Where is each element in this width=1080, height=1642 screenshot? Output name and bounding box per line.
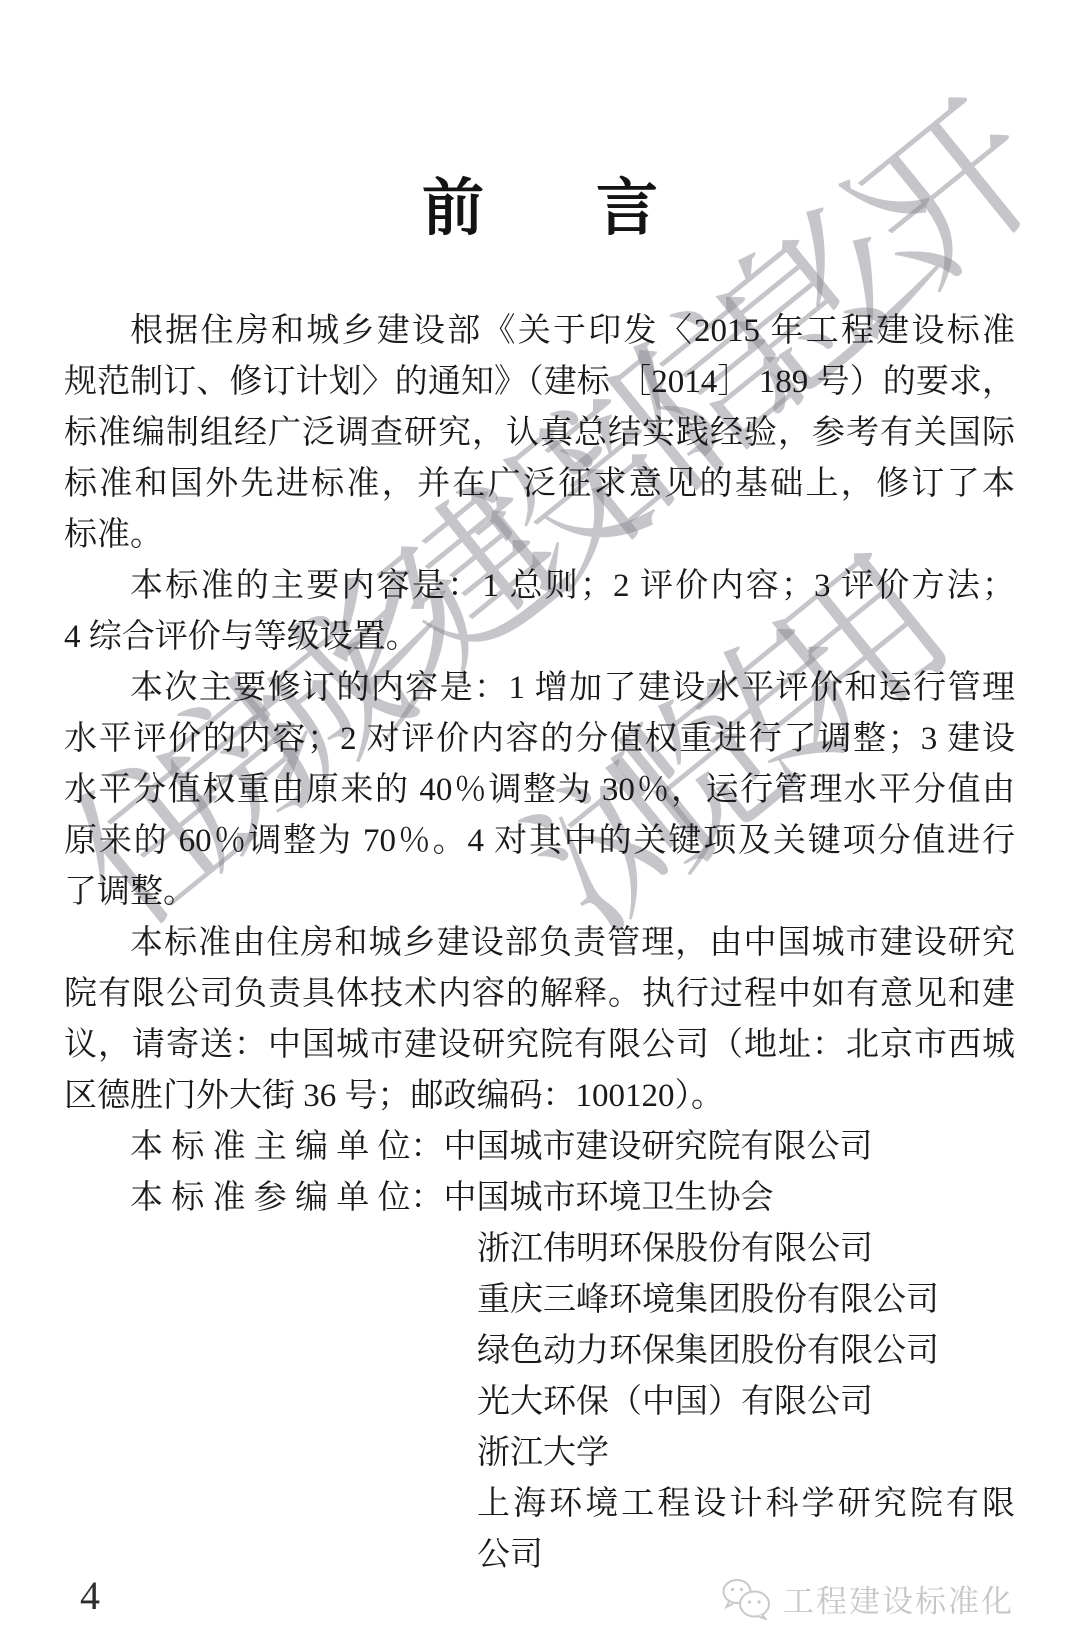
- text-line: 原来的 60％调整为 70％。4 对其中的关键项及关键项分值进行: [64, 816, 1015, 867]
- text-line: 议，请寄送：中国城市建设研究院有限公司（地址：北京市西城: [64, 1020, 1015, 1071]
- text-line: 本标准的主要内容是：1 总则；2 评价内容；3 评价方法；: [64, 561, 1015, 612]
- text-line: 重庆三峰环境集团股份有限公司: [477, 1275, 1015, 1326]
- text-line: 上海环境工程设计科学研究院有限: [477, 1479, 1015, 1530]
- document-page: 住房城乡建设部信息公开 浏览专用 前 言 根据住房和城乡建设部《关于印发〈201…: [0, 0, 1080, 1642]
- text-line: 本 标 准 参 编 单 位：中国城市环境卫生协会: [64, 1173, 1015, 1224]
- text-line: 公司: [477, 1530, 1015, 1581]
- text-line: 浙江大学: [477, 1428, 1015, 1479]
- text-line: 院有限公司负责具体技术内容的解释。执行过程中如有意见和建: [64, 969, 1015, 1020]
- text-line: 本标准由住房和城乡建设部负责管理，由中国城市建设研究: [64, 918, 1015, 969]
- page-number: 4: [80, 1572, 100, 1619]
- text-line: 本 标 准 主 编 单 位：中国城市建设研究院有限公司: [64, 1122, 1015, 1173]
- text-line: 区德胜门外大街 36 号；邮政编码：100120）。: [64, 1071, 1015, 1122]
- text-line: 标准。: [64, 510, 1015, 561]
- text-line: 水平评价的内容；2 对评价内容的分值权重进行了调整；3 建设: [64, 714, 1015, 765]
- text-line: 了调整。: [64, 867, 1015, 918]
- text-line: 本次主要修订的内容是：1 增加了建设水平评价和运行管理: [64, 663, 1015, 714]
- wechat-chat-bubbles-icon: [721, 1578, 773, 1620]
- page-title-char-left: 前: [422, 158, 484, 247]
- text-line: 根据住房和城乡建设部《关于印发〈2015 年工程建设标准: [64, 306, 1015, 357]
- footer-brand: 工程建设标准化: [721, 1576, 1014, 1621]
- text-line: 绿色动力环保集团股份有限公司: [477, 1326, 1015, 1377]
- text-line: 标准和国外先进标准，并在广泛征求意见的基础上，修订了本: [64, 459, 1015, 510]
- text-line: 浙江伟明环保股份有限公司: [477, 1224, 1015, 1275]
- text-line: 标准编制组经广泛调查研究，认真总结实践经验，参考有关国际: [64, 408, 1015, 459]
- page-title-char-right: 言: [596, 158, 658, 247]
- document-body: 根据住房和城乡建设部《关于印发〈2015 年工程建设标准规范制订、修订计划〉的通…: [64, 306, 1015, 1581]
- text-line: 水平分值权重由原来的 40％调整为 30％，运行管理水平分值由: [64, 765, 1015, 816]
- text-line: 光大环保（中国）有限公司: [477, 1377, 1015, 1428]
- page-title: 前 言: [0, 158, 1080, 247]
- text-line: 4 综合评价与等级设置。: [64, 612, 1015, 663]
- footer-brand-text: 工程建设标准化: [783, 1576, 1014, 1621]
- text-line: 规范制订、修订计划〉的通知》（建标 ［2014］ 189 号）的要求，: [64, 357, 1015, 408]
